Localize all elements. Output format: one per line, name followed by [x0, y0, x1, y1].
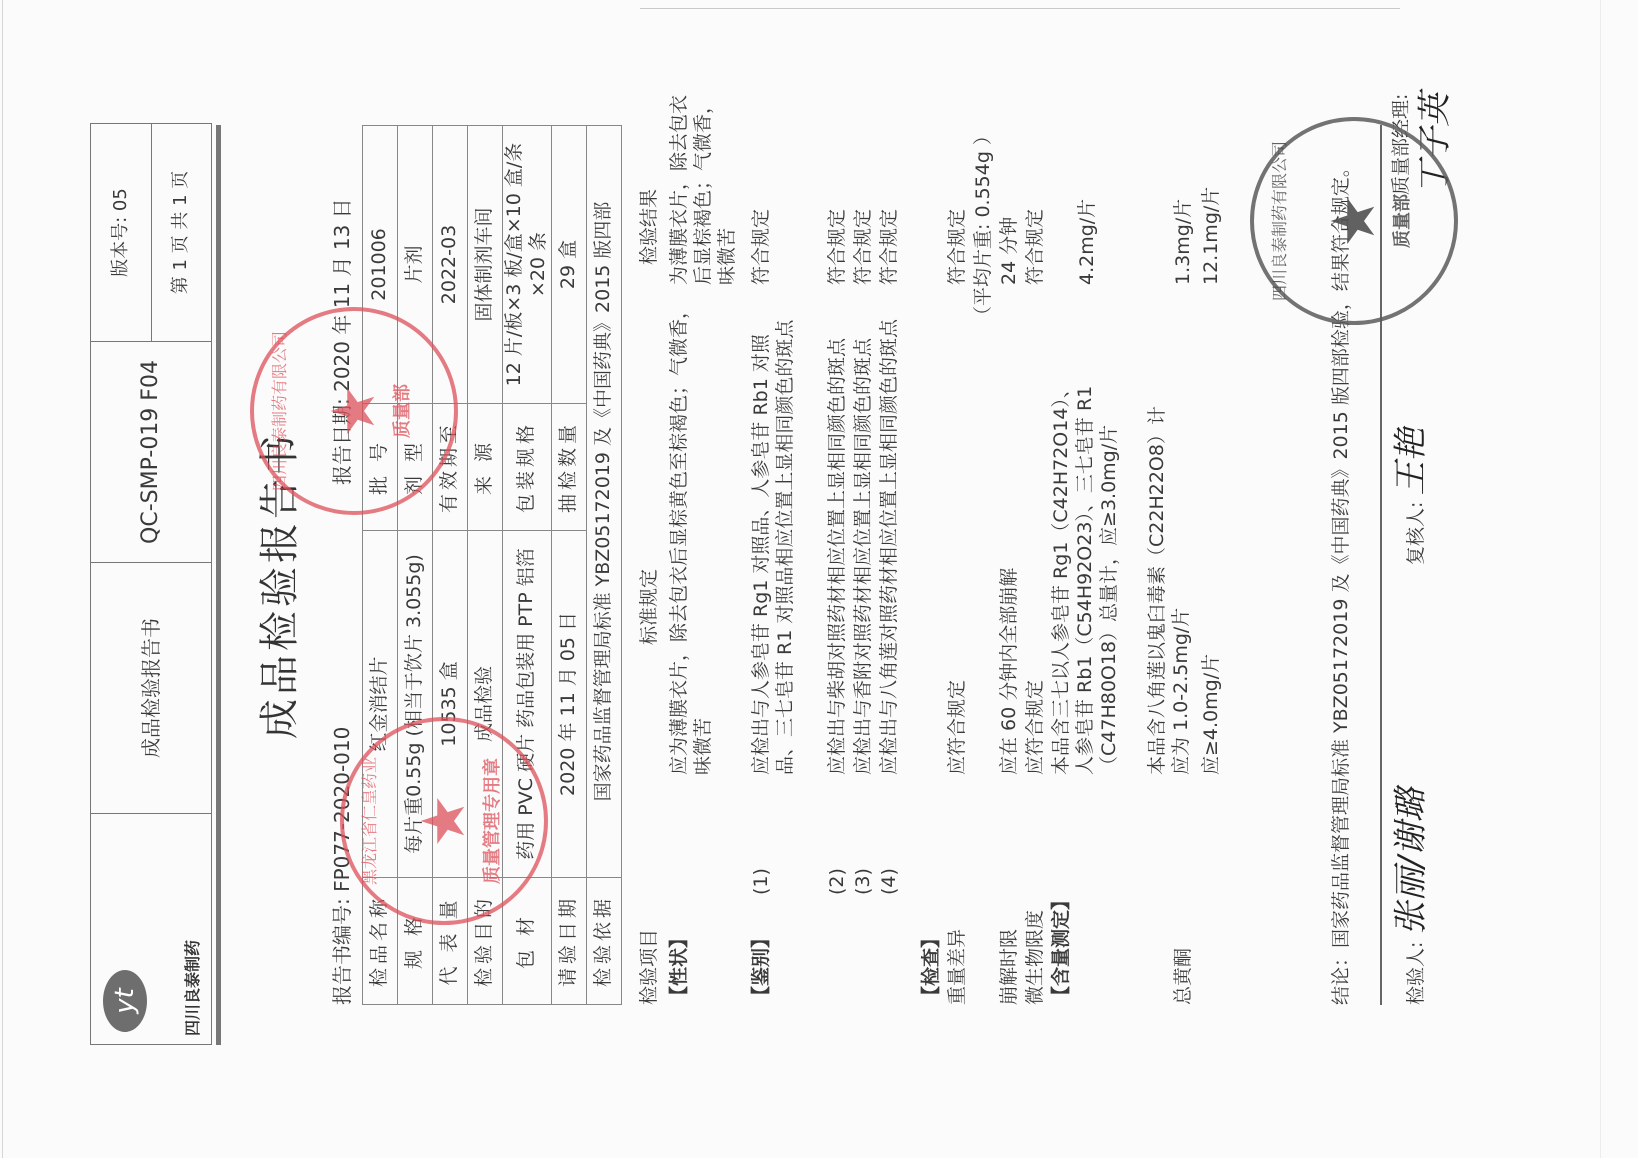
header-right: 版本号: 05 第 1 页 共 1 页 [91, 124, 211, 341]
header-doc-code: QC-SMP-019 F04 [91, 341, 211, 562]
item-number: (3) [852, 868, 876, 895]
stamp-label: 质量管理专用章 [482, 721, 505, 921]
red-seal-stamp-2: 四川良泰制药有限公司 ★ 质量部 [250, 307, 458, 515]
inspector-label: 检验人: [1405, 942, 1427, 1005]
standard-line: 人参皂苷 Rb1（C54H92O23）、三七皂苷 R1 [1074, 255, 1098, 775]
info-value: 国家药品监督管理局标准 YBZ05172019 及《中国药典》2015 版四部 [586, 126, 621, 878]
item-name: 微生物限度 [1024, 910, 1048, 1005]
star-icon: ★ [1324, 121, 1384, 321]
reviewer-signature: 复核人: 王艳 [1390, 428, 1433, 565]
result-text: 符合规定 [878, 105, 902, 285]
reviewer-sig: 王艳 [1391, 428, 1431, 496]
column-header-item: 检验项目 [638, 929, 662, 1005]
company-logo-icon: yt [103, 970, 147, 1032]
header-page-info: 第 1 页 共 1 页 [152, 124, 212, 341]
reviewer-label: 复核人: [1405, 502, 1427, 565]
item-number: (1) [750, 868, 774, 895]
section-heading: 【含量测定】 [1050, 891, 1074, 1005]
item-name: 重量差异 [946, 929, 970, 1005]
column-header-standard: 标准规定 [638, 569, 662, 645]
standard-text: 本品含三七以人参皂苷 Rg1（C42H72O14）、 人参皂苷 Rb1（C54H… [1050, 255, 1121, 775]
document-header: yt 四川良泰制药 成品检验报告书 QC-SMP-019 F04 版本号: 05… [90, 123, 212, 1045]
table-row: 请验日期 2020 年 11 月 05 日 抽检数量 29 盒 [551, 126, 586, 1005]
standard-line: （C47H80O18）总量计，应≥3.0mg/片 [1098, 255, 1122, 775]
standard-line: 应≥4.0mg/片 [1200, 255, 1224, 775]
stamp-ring-text: 黑龙江省仁皇药业 [360, 721, 380, 921]
stamp-ring-text: 四川良泰制药有限公司 [270, 311, 290, 511]
item-number: (4) [878, 868, 902, 895]
standard-text: 本品含八角莲以鬼臼毒素（C22H22O8）计 应为 1.0-2.5mg/片 [1146, 255, 1194, 775]
info-value: 12 片/板×3 板/盒×10 盒/条×20 条 [503, 126, 552, 404]
page-title: 成品检验报告书 [255, 85, 305, 1085]
stamp-label: 质量部 [1392, 121, 1415, 321]
result-text: 1.3mg/片 [1172, 105, 1196, 285]
standard-text: 应检出与香附对照药材相应位置上显相同颜色的斑点 [852, 255, 876, 775]
info-label: 抽检数量 [551, 404, 586, 531]
inspector-signature: 检验人: 张丽/谢璐 [1390, 788, 1433, 1005]
standard-text: 应检出与八角莲对照药材相应位置上显相同颜色的斑点 [878, 255, 902, 775]
standard-text: 应检出与人参皂苷 Rg1 对照品、人参皂苷 Rb1 对照品、三七皂苷 R1 对照… [750, 305, 798, 775]
result-text: 符合规定 [750, 105, 774, 285]
standard-text: 应≥4.0mg/片 [1200, 255, 1224, 775]
info-label: 包装规格 [503, 404, 552, 531]
standard-line: 本品含三七以人参皂苷 Rg1（C42H72O14）、 [1050, 255, 1074, 775]
result-detail: （平均片重: 0.554g ） [972, 85, 996, 325]
info-value: 2020 年 11 月 05 日 [551, 531, 586, 878]
item-name: 总黄酮 [1172, 948, 1196, 1005]
scan-edge-top [640, 8, 1400, 9]
item-number: (2) [826, 868, 850, 895]
result-text: 符合规定 [826, 105, 850, 285]
company-logo-cell: yt 四川良泰制药 [91, 813, 211, 1044]
section-heading: 【检查】 [920, 929, 944, 1005]
standard-text: 应符合规定 [946, 255, 970, 775]
header-version: 版本号: 05 [91, 124, 152, 341]
info-label: 请验日期 [551, 878, 586, 1005]
standard-text: 应为薄膜衣片，除去包衣后显棕黄色至棕褐色；气微香，味微苦 [668, 295, 716, 775]
stamp-label: 质量部 [392, 311, 415, 511]
section-heading: 【鉴别】 [750, 929, 774, 1005]
standard-text: 应符合规定 [1024, 255, 1048, 775]
result-text: 符合规定 [852, 105, 876, 285]
result-text: 符合规定 [1024, 105, 1048, 285]
result-text: 12.1mg/片 [1200, 105, 1224, 285]
result-text: 4.2mg/片 [1076, 105, 1100, 285]
header-doc-type: 成品检验报告书 [91, 562, 211, 813]
star-icon: ★ [414, 721, 474, 921]
standard-line: 应为 1.0-2.5mg/片 [1170, 255, 1194, 775]
stamp-ring-text: 四川良泰制药有限公司 [1270, 121, 1290, 321]
report-page: yt 四川良泰制药 成品检验报告书 QC-SMP-019 F04 版本号: 05… [90, 85, 1560, 1085]
result-text: 为薄膜衣片，除去包衣后显棕褐色；气微香，味微苦 [668, 85, 739, 285]
result-text: 符合规定 [946, 105, 970, 285]
info-label: 来 源 [468, 404, 503, 531]
info-value: 29 盒 [551, 126, 586, 404]
section-heading: 【性状】 [668, 929, 692, 1005]
standard-line: 本品含八角莲以鬼臼毒素（C22H22O8）计 [1146, 255, 1170, 775]
company-name: 四川良泰制药 [183, 940, 203, 1036]
column-header-result: 检验结果 [638, 189, 662, 265]
info-label: 检验依据 [586, 878, 621, 1005]
star-icon: ★ [324, 311, 384, 511]
standard-text: 应在 60 分钟内全部崩解 [998, 255, 1022, 775]
scan-edge-left [2, 0, 3, 1158]
info-value: 固体制剂车间 [468, 126, 503, 404]
red-seal-stamp: 黑龙江省仁皇药业 ★ 质量管理专用章 [340, 717, 548, 925]
header-divider [216, 125, 221, 1045]
company-seal-stamp: 四川良泰制药有限公司 ★ 质量部 [1250, 117, 1458, 325]
standard-text: 应检出与柴胡对照药材相应位置上显相同颜色的斑点 [826, 255, 850, 775]
table-row: 检验依据 国家药品监督管理局标准 YBZ05172019 及《中国药典》2015… [586, 126, 621, 1005]
scan-edge-right [1600, 0, 1601, 1158]
inspector-sig: 张丽/谢璐 [1391, 788, 1431, 935]
item-name: 崩解时限 [998, 929, 1022, 1005]
result-text: 24 分钟 [998, 105, 1022, 285]
